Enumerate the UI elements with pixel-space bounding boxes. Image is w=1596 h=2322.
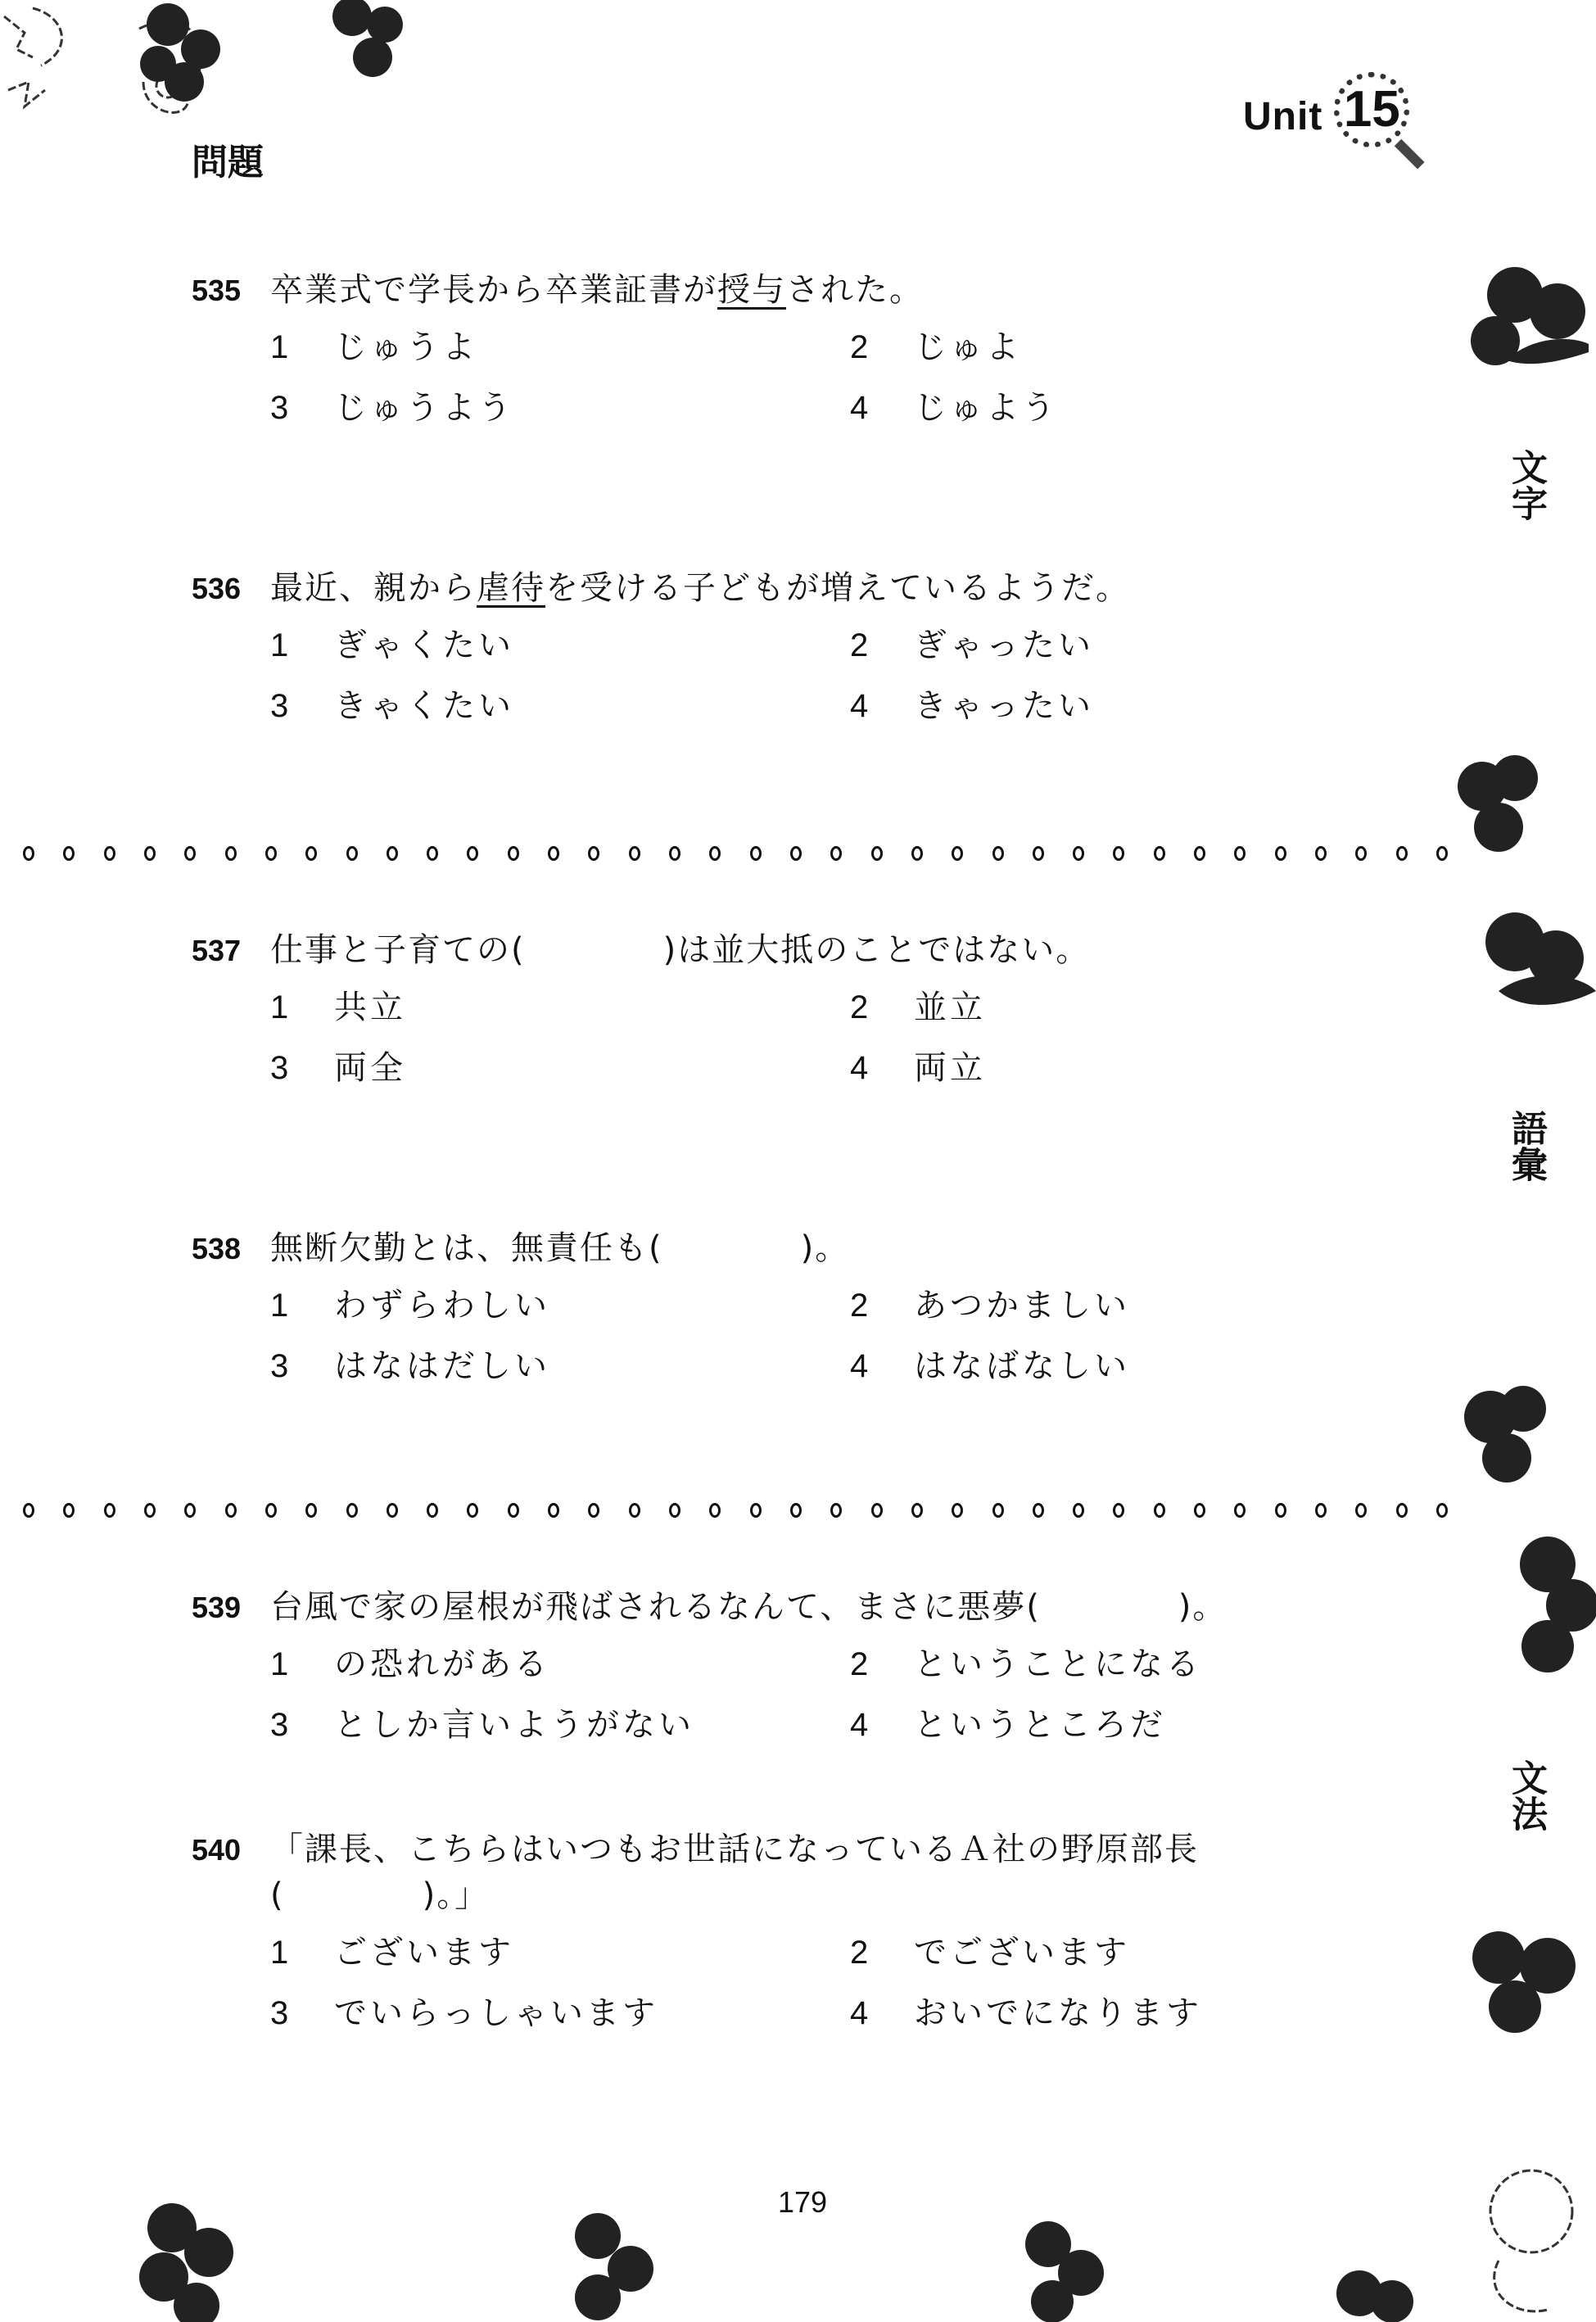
choice-option[interactable]: 2じゅよ [850,321,1423,369]
flower-outline-decoration [1449,2146,1596,2322]
question-number: 536 [192,572,270,606]
unit-badge: 15 [1334,72,1422,161]
flower-dark-decoration [1466,901,1596,1016]
flower-outline-decoration [0,0,139,123]
flower-dark-decoration [1449,754,1596,868]
choice-list: 1ございます 2でございます 3でいらっしゃいます 4おいでになります [270,1926,1436,2035]
unit-label: Unit [1243,94,1322,139]
choice-option[interactable]: 3じゅうよう [270,382,850,429]
choice-option[interactable]: 1ございます [270,1926,850,1974]
question-number: 539 [192,1591,270,1625]
choice-list: 1わずらわしい 2あつかましい 3はなはだしい 4はなばなしい [270,1279,1436,1387]
unit-number: 15 [1334,72,1409,147]
question-537: 537 仕事と子育ての( )は並大抵のことではない。 1共立 2並立 3両全 4… [192,924,1436,1089]
question-number: 537 [192,934,270,968]
question-text-continued: ( )。」 [192,1869,1436,1926]
underlined-term: 授与 [717,271,786,309]
choice-option[interactable]: 4はなばなしい [850,1340,1423,1387]
flower-dark-decoration [1327,2261,1425,2322]
choice-option[interactable]: 3きゃくたい [270,680,850,727]
question-535: 535 卒業式で学長から卒業証書が授与された。 1じゅうよ 2じゅよ 3じゅうよ… [192,264,1436,429]
side-tab-characters: 文字 [1500,449,1546,521]
choice-option[interactable]: 1わずらわしい [270,1279,850,1327]
choice-option[interactable]: 2ということになる [850,1638,1423,1686]
question-text: 「課長、こちらはいつもお世話になっているＡ社の野原部長 [270,1823,1199,1870]
question-538: 538 無断欠勤とは、無責任も( )。 1わずらわしい 2あつかましい 3はなは… [192,1222,1436,1387]
section-title: 問題 [192,133,264,185]
side-tab-grammar: 文法 [1500,1759,1546,1831]
choice-list: 1ぎゃくたい 2ぎゃったい 3きゃくたい 4きゃったい [270,619,1436,727]
question-text: 卒業式で学長から卒業証書が授与された。 [270,264,924,310]
choice-option[interactable]: 4きゃったい [850,680,1423,727]
section-divider [23,1500,1448,1520]
choice-option[interactable]: 3両全 [270,1042,850,1089]
choice-option[interactable]: 4というところだ [850,1699,1423,1746]
choice-option[interactable]: 1共立 [270,981,850,1029]
choice-option[interactable]: 4じゅよう [850,382,1423,429]
choice-option[interactable]: 3はなはだしい [270,1340,850,1387]
choice-option[interactable]: 3でいらっしゃいます [270,1987,850,2035]
question-text: 最近、親から虐待を受ける子どもが増えているようだ。 [270,562,1130,609]
choice-option[interactable]: 1ぎゃくたい [270,619,850,667]
question-540: 540 「課長、こちらはいつもお世話になっているＡ社の野原部長 ( )。」 1ご… [192,1823,1436,2035]
underlined-term: 虐待 [477,569,545,607]
question-text: 仕事と子育ての( )は並大抵のことではない。 [270,924,1090,971]
flower-dark-decoration [1466,262,1589,377]
flower-dark-decoration [131,2195,246,2322]
question-number: 535 [192,274,270,308]
choice-option[interactable]: 2ぎゃったい [850,619,1423,667]
choice-list: 1じゅうよ 2じゅよ 3じゅうよう 4じゅよう [270,321,1436,429]
choice-option[interactable]: 1の恐れがある [270,1638,850,1686]
choice-option[interactable]: 2でございます [850,1926,1423,1974]
unit-header: Unit 15 [1243,72,1422,161]
question-number: 540 [192,1833,270,1867]
flower-dark-decoration [328,0,409,82]
choice-option[interactable]: 4おいでになります [850,1987,1423,2035]
flower-dark-decoration [1015,2211,1114,2322]
choice-list: 1の恐れがある 2ということになる 3としか言いようがない 4というところだ [270,1638,1436,1746]
flower-dark-decoration [565,2203,663,2322]
question-number: 538 [192,1232,270,1266]
page-number: 179 [778,2185,827,2220]
flower-dark-decoration [1507,1523,1596,1687]
question-539: 539 台風で家の屋根が飛ばされるなんて、まさに悪夢( )。 1の恐れがある 2… [192,1581,1436,1746]
question-536: 536 最近、親から虐待を受ける子どもが増えているようだ。 1ぎゃくたい 2ぎゃ… [192,562,1436,727]
section-divider [23,844,1448,863]
choice-option[interactable]: 3としか言いようがない [270,1699,850,1746]
question-text: 無断欠勤とは、無責任も( )。 [270,1222,849,1269]
choice-option[interactable]: 2あつかましい [850,1279,1423,1327]
choice-option[interactable]: 1じゅうよ [270,321,850,369]
choice-list: 1共立 2並立 3両全 4両立 [270,981,1436,1089]
side-tab-vocabulary: 語彙 [1500,1110,1546,1182]
choice-option[interactable]: 2並立 [850,981,1423,1029]
flower-outline-decoration [66,0,213,123]
choice-option[interactable]: 4両立 [850,1042,1423,1089]
question-text: 台風で家の屋根が飛ばされるなんて、まさに悪夢( )。 [270,1581,1227,1627]
flower-dark-decoration [1458,1917,1596,2039]
flower-dark-decoration [135,0,225,106]
flower-dark-decoration [1449,1376,1596,1491]
